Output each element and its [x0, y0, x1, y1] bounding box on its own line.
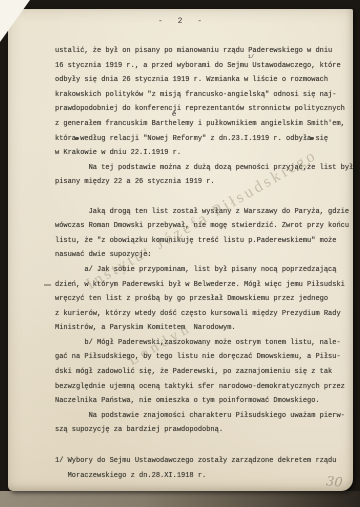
typewritten-line: Ministrów, a Paryskim Komitetem Narodowy… — [55, 321, 353, 336]
typewritten-line: z generałem francuskim Barthelemy i pułk… — [55, 117, 353, 132]
typewritten-line: wówczas Roman Dmowski przebywał, nie mog… — [55, 219, 353, 234]
typewritten-line: Naczelnika Państwa, nie omieszka o tym p… — [55, 394, 353, 409]
scan-background-edge — [0, 491, 360, 507]
typewritten-line: Moraczewskiego z dn.28.XI.1918 r. — [55, 469, 336, 484]
footnote-reference-mark: 1/ — [248, 54, 254, 60]
typewritten-line: Na tej podstawie można z dużą dozą pewno… — [55, 161, 353, 176]
typewritten-line: która według relacji "Nowej Reformy" z d… — [55, 132, 353, 147]
typewritten-line: odbyły się dnia 26 stycznia 1919 r. Wzmi… — [55, 73, 353, 88]
paragraph-conclusion-date: Na tej podstawie można z dużą dozą pewno… — [55, 161, 353, 190]
document-page: - 2 - Instytut Józefa Piłsudskiego Londy… — [8, 9, 353, 491]
document-body: ustalić, że był on pisany po mianowaniu … — [55, 44, 353, 438]
typewritten-line: 1/ Wybory do Sejmu Ustawodawczego został… — [55, 454, 336, 469]
item-supposition-a: a/ Jak sobie przypominam, list był pisan… — [55, 263, 353, 336]
typewritten-line: szą supozycję za bardziej prawdopodobną. — [55, 423, 353, 438]
typewritten-line: Na podstawie znajomości charakteru Piłsu… — [55, 409, 353, 424]
typewritten-line: z kurierów, którzy wtedy dość często kur… — [55, 307, 353, 322]
handwritten-page-number: 30 — [325, 474, 343, 490]
typewritten-line: prawdopodobniej do konferencji reprezent… — [55, 102, 353, 117]
paragraph-dating-letter: ustalić, że był on pisany po mianowaniu … — [55, 44, 353, 161]
typewritten-line: dski mógł zadowolić się, że Paderewski, … — [55, 365, 353, 380]
footnote: 1/ Wybory do Sejmu Ustawodawczego został… — [55, 454, 336, 483]
typewritten-line: b/ Mógł Paderewski,zaszokowany może ostr… — [55, 336, 353, 351]
typewritten-line: nasuwać dwie supozycje: — [55, 248, 353, 263]
typewritten-line: dzień, w którym Paderewski był w Belwede… — [55, 278, 353, 293]
item-supposition-b: b/ Mógł Paderewski,zaszokowany może ostr… — [55, 336, 353, 409]
typewritten-line: bezwzględnie ujemną oceną taktyki sfer n… — [55, 380, 353, 395]
pencil-mark — [44, 284, 51, 286]
page-number-header: - 2 - — [8, 17, 353, 26]
typewritten-line: gać na Piłsudskiego, by tego listu nie d… — [55, 350, 353, 365]
typewritten-line: wręczyć ten list z prośbą by go przesłał… — [55, 292, 353, 307]
typewritten-line: Jaką drogą ten list został wysłany z War… — [55, 205, 353, 220]
typewritten-line: ustalić, że był on pisany po mianowaniu … — [55, 44, 353, 59]
paragraph-final-judgement: Na podstawie znajomości charakteru Piłsu… — [55, 409, 353, 438]
typewritten-line: w Krakowie w dniu 22.I.1919 r. — [55, 146, 353, 161]
typewritten-line: 16 stycznia 1919 r., a przed wyborami do… — [55, 59, 353, 74]
typewritten-line: a/ Jak sobie przypominam, list był pisan… — [55, 263, 353, 278]
typewritten-line: pisany między 22 a 26 stycznia 1919 r. — [55, 175, 353, 190]
paragraph-transmission-question: Jaką drogą ten list został wysłany z War… — [55, 205, 353, 263]
typewritten-line: krakowskich polityków "z misją francusko… — [55, 88, 353, 103]
typewritten-line: listu, że "z obowiązku komunikuję treść … — [55, 234, 353, 249]
scanned-document-view: - 2 - Instytut Józefa Piłsudskiego Londy… — [0, 0, 360, 507]
handwritten-accent-correction: é — [172, 110, 176, 118]
